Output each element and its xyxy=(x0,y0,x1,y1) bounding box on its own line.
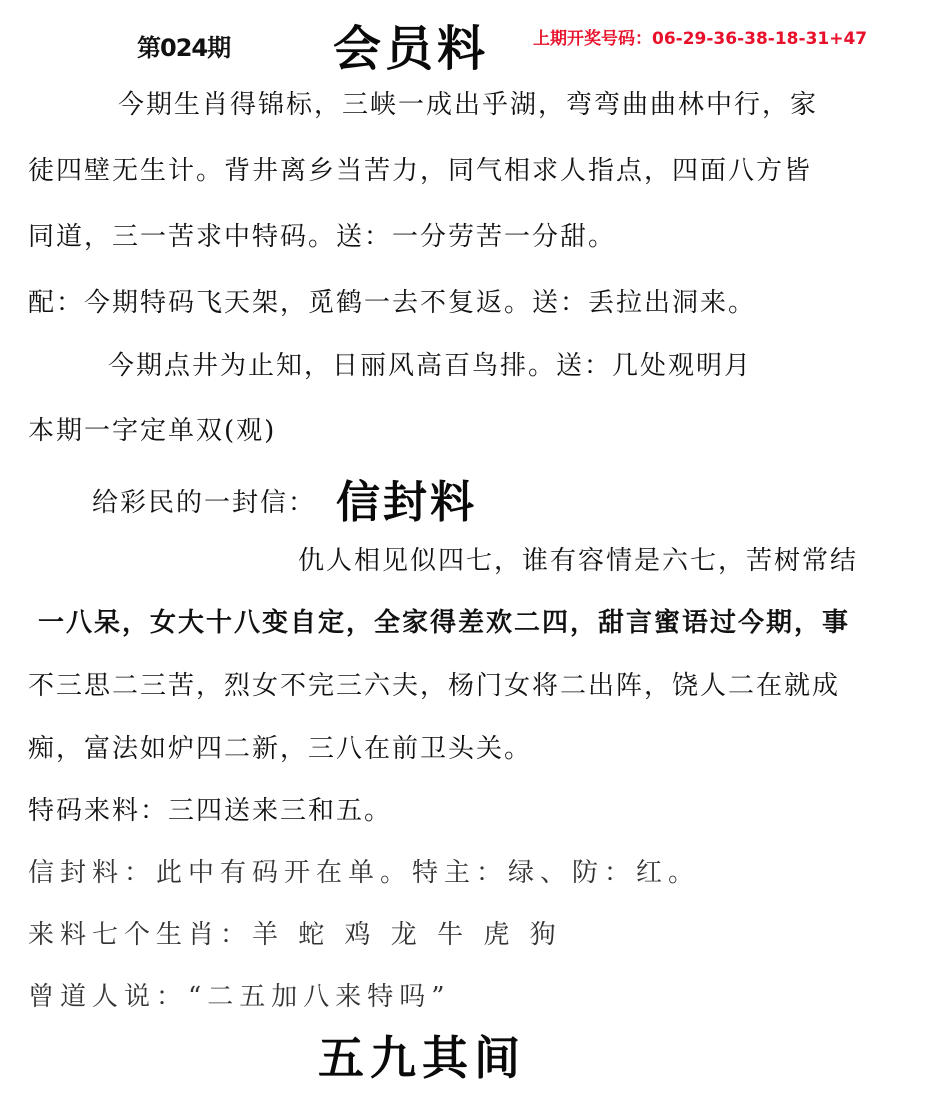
pair-line: 配：今期特码飞天架，觅鹤一去不复返。送：丢拉出洞来。 xyxy=(28,282,756,319)
letter-intro: 给彩民的一封信： xyxy=(92,482,316,519)
letter-line-3: 不三思二三苦，烈女不完三六夫，杨门女将二出阵，饶人二在就成 xyxy=(28,665,840,702)
letter-title: 信封料 xyxy=(336,466,477,530)
poem1-line-1: 今期生肖得锦标，三峡一成出乎湖，弯弯曲曲林中行，家 xyxy=(118,84,818,121)
poem1-line-3: 同道，三一苦求中特码。送：一分劳苦一分甜。 xyxy=(28,216,616,253)
single-double-line: 本期一字定单双(观) xyxy=(28,410,276,447)
zodiac-line: 来料七个生肖：羊 蛇 鸡 龙 牛 虎 狗 xyxy=(28,914,562,951)
issue-number: 第024期 xyxy=(137,28,230,63)
poem1-line-2: 徒四壁无生计。背井离乡当苦力，同气相求人指点，四面八方皆 xyxy=(28,150,812,187)
taoist-line: 曾道人说：“二五加八来特吗” xyxy=(28,976,451,1013)
letter-line-2: 一八呆，女大十八变自定，全家得差欢二四，甜言蜜语过今期，事 xyxy=(38,602,850,639)
last-draw-numbers: 06-29-36-38-18-31+47 xyxy=(652,29,867,49)
last-draw-results: 上期开奖号码：06-29-36-38-18-31+47 xyxy=(533,24,867,49)
last-draw-label: 上期开奖号码： xyxy=(533,29,652,49)
letter-line-1: 仇人相见似四七，谁有容情是六七，苦树常结 xyxy=(298,540,858,577)
poem2-line: 今期点井为止知，日丽风高百鸟排。送：几处观明月 xyxy=(108,345,752,382)
letter-line-4: 痴，富法如炉四二新，三八在前卫头关。 xyxy=(28,728,532,765)
page-title: 会员料 xyxy=(333,10,489,79)
envelope-line: 信封料：此中有码开在单。特主：绿、防：红。 xyxy=(28,852,700,889)
footer-title: 五九其间 xyxy=(318,1022,526,1088)
special-code-line: 特码来料：三四送来三和五。 xyxy=(28,790,392,827)
